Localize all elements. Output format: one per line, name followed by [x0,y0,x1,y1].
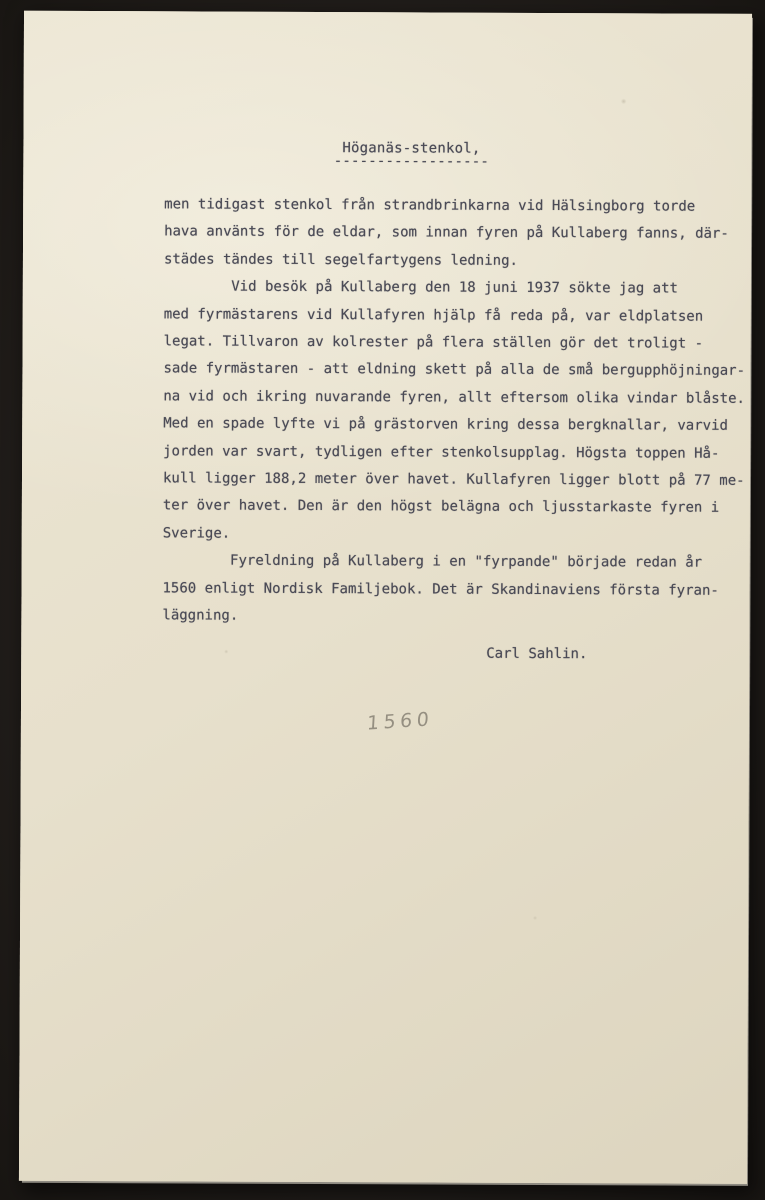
typed-line: sade fyrmästaren - att eldning skett på … [163,356,745,386]
typed-line: kull ligger 188,2 meter över havet. Kull… [163,465,745,495]
typed-line: 1560 enligt Nordisk Familjebok. Det är S… [162,575,744,605]
typed-line: jorden var svart, tydligen efter stenkol… [163,438,745,468]
signature: Carl Sahlin. [486,641,587,669]
title-block: Höganäs-stenkol, ------------------ [47,139,765,169]
typed-line: Sverige. [163,520,745,550]
typed-line: med fyrmästarens vid Kullafyren hjälp få… [164,301,746,331]
document-page: Höganäs-stenkol, ------------------ men … [19,11,752,1184]
typed-line: läggning. [162,602,744,632]
handwritten-number: 1560 [366,708,433,734]
scan-background: Höganäs-stenkol, ------------------ men … [0,0,765,1200]
typed-line: na vid och ikring nuvarande fyren, allt … [163,383,745,413]
typed-line: Vid besök på Kullaberg den 18 juni 1937 … [164,274,746,304]
title-underline: ------------------ [47,155,765,169]
typed-line: hava använts för de eldar, som innan fyr… [164,219,746,249]
typed-line: men tidigast stenkol från strandbrinkarn… [164,191,746,221]
document-body: men tidigast stenkol från strandbrinkarn… [162,191,746,632]
typed-line: Med en spade lyfte vi på grästorven krin… [163,411,745,441]
typed-line: städes tändes till segelfartygens lednin… [164,246,746,276]
typed-line: Fyreldning på Kullaberg i en "fyrpande" … [163,548,745,578]
typed-line: ter över havet. Den är den högst belägna… [163,493,745,523]
typed-line: legat. Tillvaron av kolrester på flera s… [164,328,746,358]
